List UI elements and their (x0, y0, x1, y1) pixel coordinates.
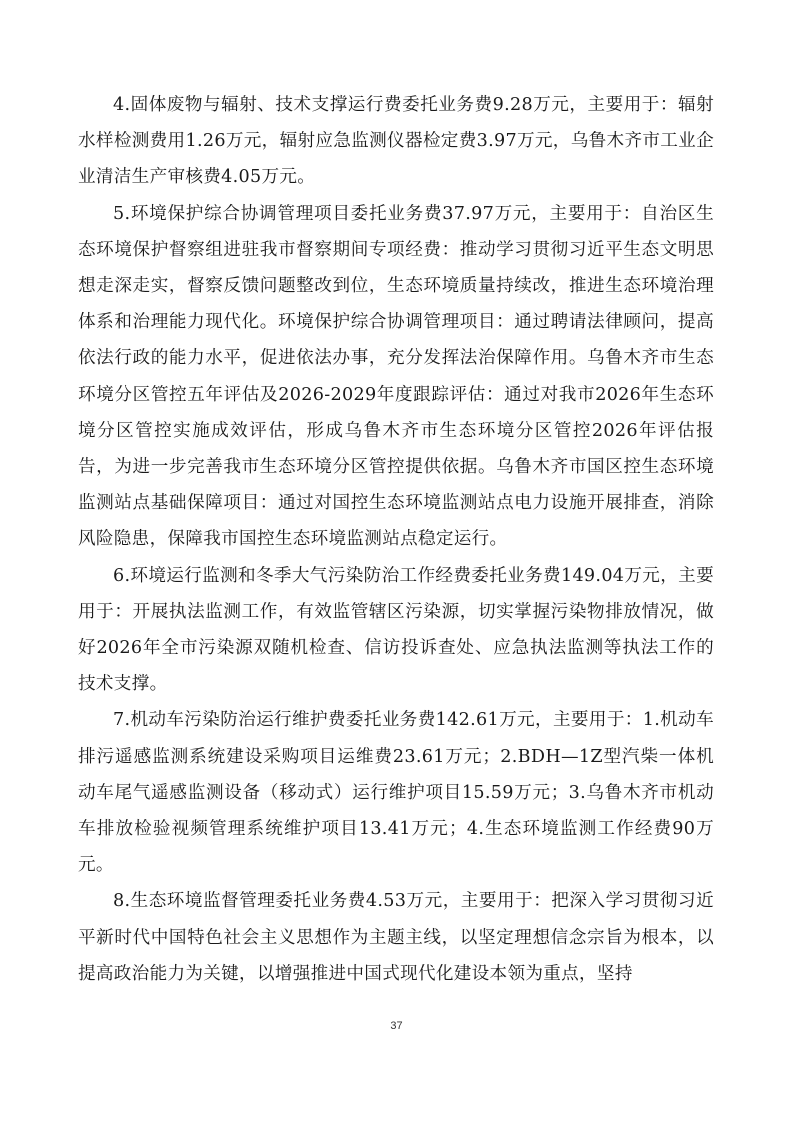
paragraph-item-5-environmental-coordination: 5.环境保护综合协调管理项目委托业务费37.97万元，主要用于：自治区生态环境保… (78, 196, 714, 558)
paragraph-item-8-supervision-management: 8.生态环境监督管理委托业务费4.53万元，主要用于：把深入学习贯彻习近平新时代… (78, 883, 714, 992)
paragraph-item-4-solid-waste-radiation: 4.固体废物与辐射、技术支撑运行费委托业务费9.28万元，主要用于：辐射水样检测… (78, 87, 714, 196)
page-number: 37 (0, 1020, 793, 1032)
document-body: 4.固体废物与辐射、技术支撑运行费委托业务费9.28万元，主要用于：辐射水样检测… (78, 87, 714, 992)
paragraph-item-6-monitoring-air-pollution: 6.环境运行监测和冬季大气污染防治工作经费委托业务费149.04万元，主要用于：… (78, 558, 714, 703)
paragraph-item-7-vehicle-pollution: 7.机动车污染防治运行维护费委托业务费142.61万元，主要用于：1.机动车排污… (78, 702, 714, 883)
